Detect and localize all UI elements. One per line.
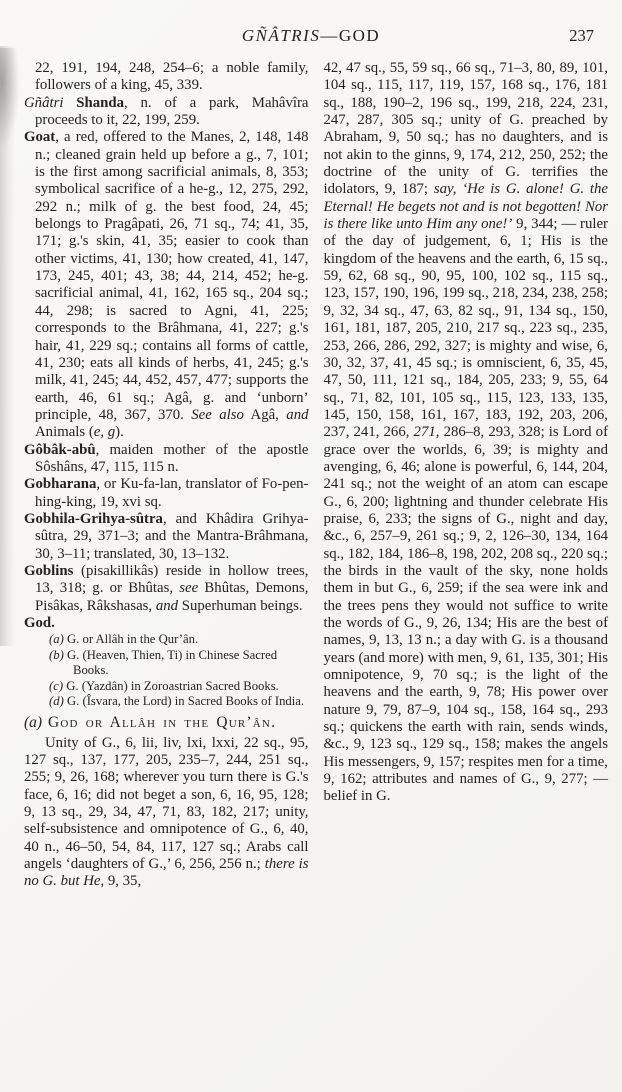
text-segment: 42, 47 sq., 55, 59 sq., 66 sq., 71–3, 80… <box>324 60 609 197</box>
index-continuation: 22, 191, 194, 248, 254–6; a noble family… <box>24 60 309 95</box>
index-entry: Gobhila-Grihya-sûtra, and Khâdira Grihya… <box>24 511 309 563</box>
text-segment: God. <box>24 615 55 631</box>
text-segment: Shanda <box>76 95 124 111</box>
page-header: GÑÂTRIS—GOD 237 <box>0 26 622 52</box>
text-segment: G. or Allâh in the Qur’ân. <box>64 632 198 646</box>
text-segment: ). <box>115 424 124 440</box>
text-segment: (c) <box>49 679 63 693</box>
text-segment: 271 <box>414 424 436 440</box>
sense-list-item: (a) G. or Allâh in the Qur’ân. <box>24 632 309 647</box>
right-column: 42, 47 sq., 55, 59 sq., 66 sq., 71–3, 80… <box>324 60 609 1072</box>
index-entry: Goat, a red, offered to the Manes, 2, 14… <box>24 129 309 441</box>
text-segment: and <box>286 407 308 423</box>
text-segment: Animals ( <box>35 424 94 440</box>
text-segment: G. (Heaven, Thien, Ti) in Chinese Sacred… <box>64 648 277 677</box>
page-number: 237 <box>569 26 594 46</box>
text-segment: 9, 344; — ruler of the day of judgement,… <box>324 216 609 440</box>
text-segment: Gñâtri <box>24 95 63 111</box>
text-segment: God or Allâh in the Qur’ân. <box>48 714 276 731</box>
index-entry: Goblins (pisakillikâs) reside in hollow … <box>24 563 309 615</box>
text-segment: Unity of G., 6, lii, liv, lxi, lxxi, 22 … <box>24 735 309 872</box>
index-entry: Gôbâk-abû, maiden mother of the apostle … <box>24 442 309 477</box>
text-segment: G. (Yazdân) in Zoroastrian Sacred Books. <box>63 679 279 693</box>
text-segment: G. (Îsvara, the Lord) in Sacred Books of… <box>64 694 304 708</box>
text-segment: See also <box>191 407 244 423</box>
text-segment: , a red, offered to the Manes, 2, 148, 1… <box>35 129 309 423</box>
text-segment: , 286–8, 293, 328; is Lord of grace over… <box>324 424 609 804</box>
running-title: GÑÂTRIS—GOD <box>0 26 622 46</box>
sense-list-item: (d) G. (Îsvara, the Lord) in Sacred Book… <box>24 694 309 709</box>
text-segment: Gôbâk-abû <box>24 442 96 458</box>
text-segment: (a) <box>49 632 64 646</box>
scan-artifact <box>0 48 20 148</box>
text-columns: 22, 191, 194, 248, 254–6; a noble family… <box>24 60 608 1072</box>
text-segment: 22, 191, 194, 248, 254–6; a noble family… <box>35 60 309 93</box>
text-segment: e, g <box>94 424 115 440</box>
text-segment: (a) <box>24 714 48 731</box>
left-column: 22, 191, 194, 248, 254–6; a noble family… <box>24 60 309 1072</box>
text-segment: , 9, 35, <box>100 873 141 889</box>
text-segment: Agâ, <box>244 407 286 423</box>
text-segment <box>63 95 76 111</box>
text-segment: Gobhila-Grihya-sûtra <box>24 511 163 527</box>
text-segment: Goblins <box>24 563 73 579</box>
index-paragraph: 42, 47 sq., 55, 59 sq., 66 sq., 71–3, 80… <box>324 60 609 806</box>
running-title-rest: —GOD <box>320 26 380 45</box>
text-segment: (d) <box>49 694 64 708</box>
section-heading: (a) God or Allâh in the Qur’ân. <box>24 714 309 731</box>
text-segment: Gobharana <box>24 476 96 492</box>
text-segment: see <box>179 580 198 596</box>
text-segment: Goat <box>24 129 55 145</box>
sense-list-item: (b) G. (Heaven, Thien, Ti) in Chinese Sa… <box>24 648 309 679</box>
index-entry: Gobharana, or Ku-fa-lan, translator of F… <box>24 476 309 511</box>
sense-list-item: (c) G. (Yazdân) in Zoroastrian Sacred Bo… <box>24 679 309 694</box>
index-entry: Gñâtri Shanda, n. of a park, Mahâvîra pr… <box>24 95 309 130</box>
running-title-italic: GÑÂTRIS <box>242 26 321 45</box>
book-page-scan: GÑÂTRIS—GOD 237 22, 191, 194, 248, 254–6… <box>0 0 622 1092</box>
index-paragraph: Unity of G., 6, lii, liv, lxi, lxxi, 22 … <box>24 735 309 891</box>
text-segment: Superhuman beings. <box>178 598 303 614</box>
text-segment: (b) <box>49 648 64 662</box>
text-segment: and <box>156 598 178 614</box>
index-entry: God. <box>24 615 309 632</box>
